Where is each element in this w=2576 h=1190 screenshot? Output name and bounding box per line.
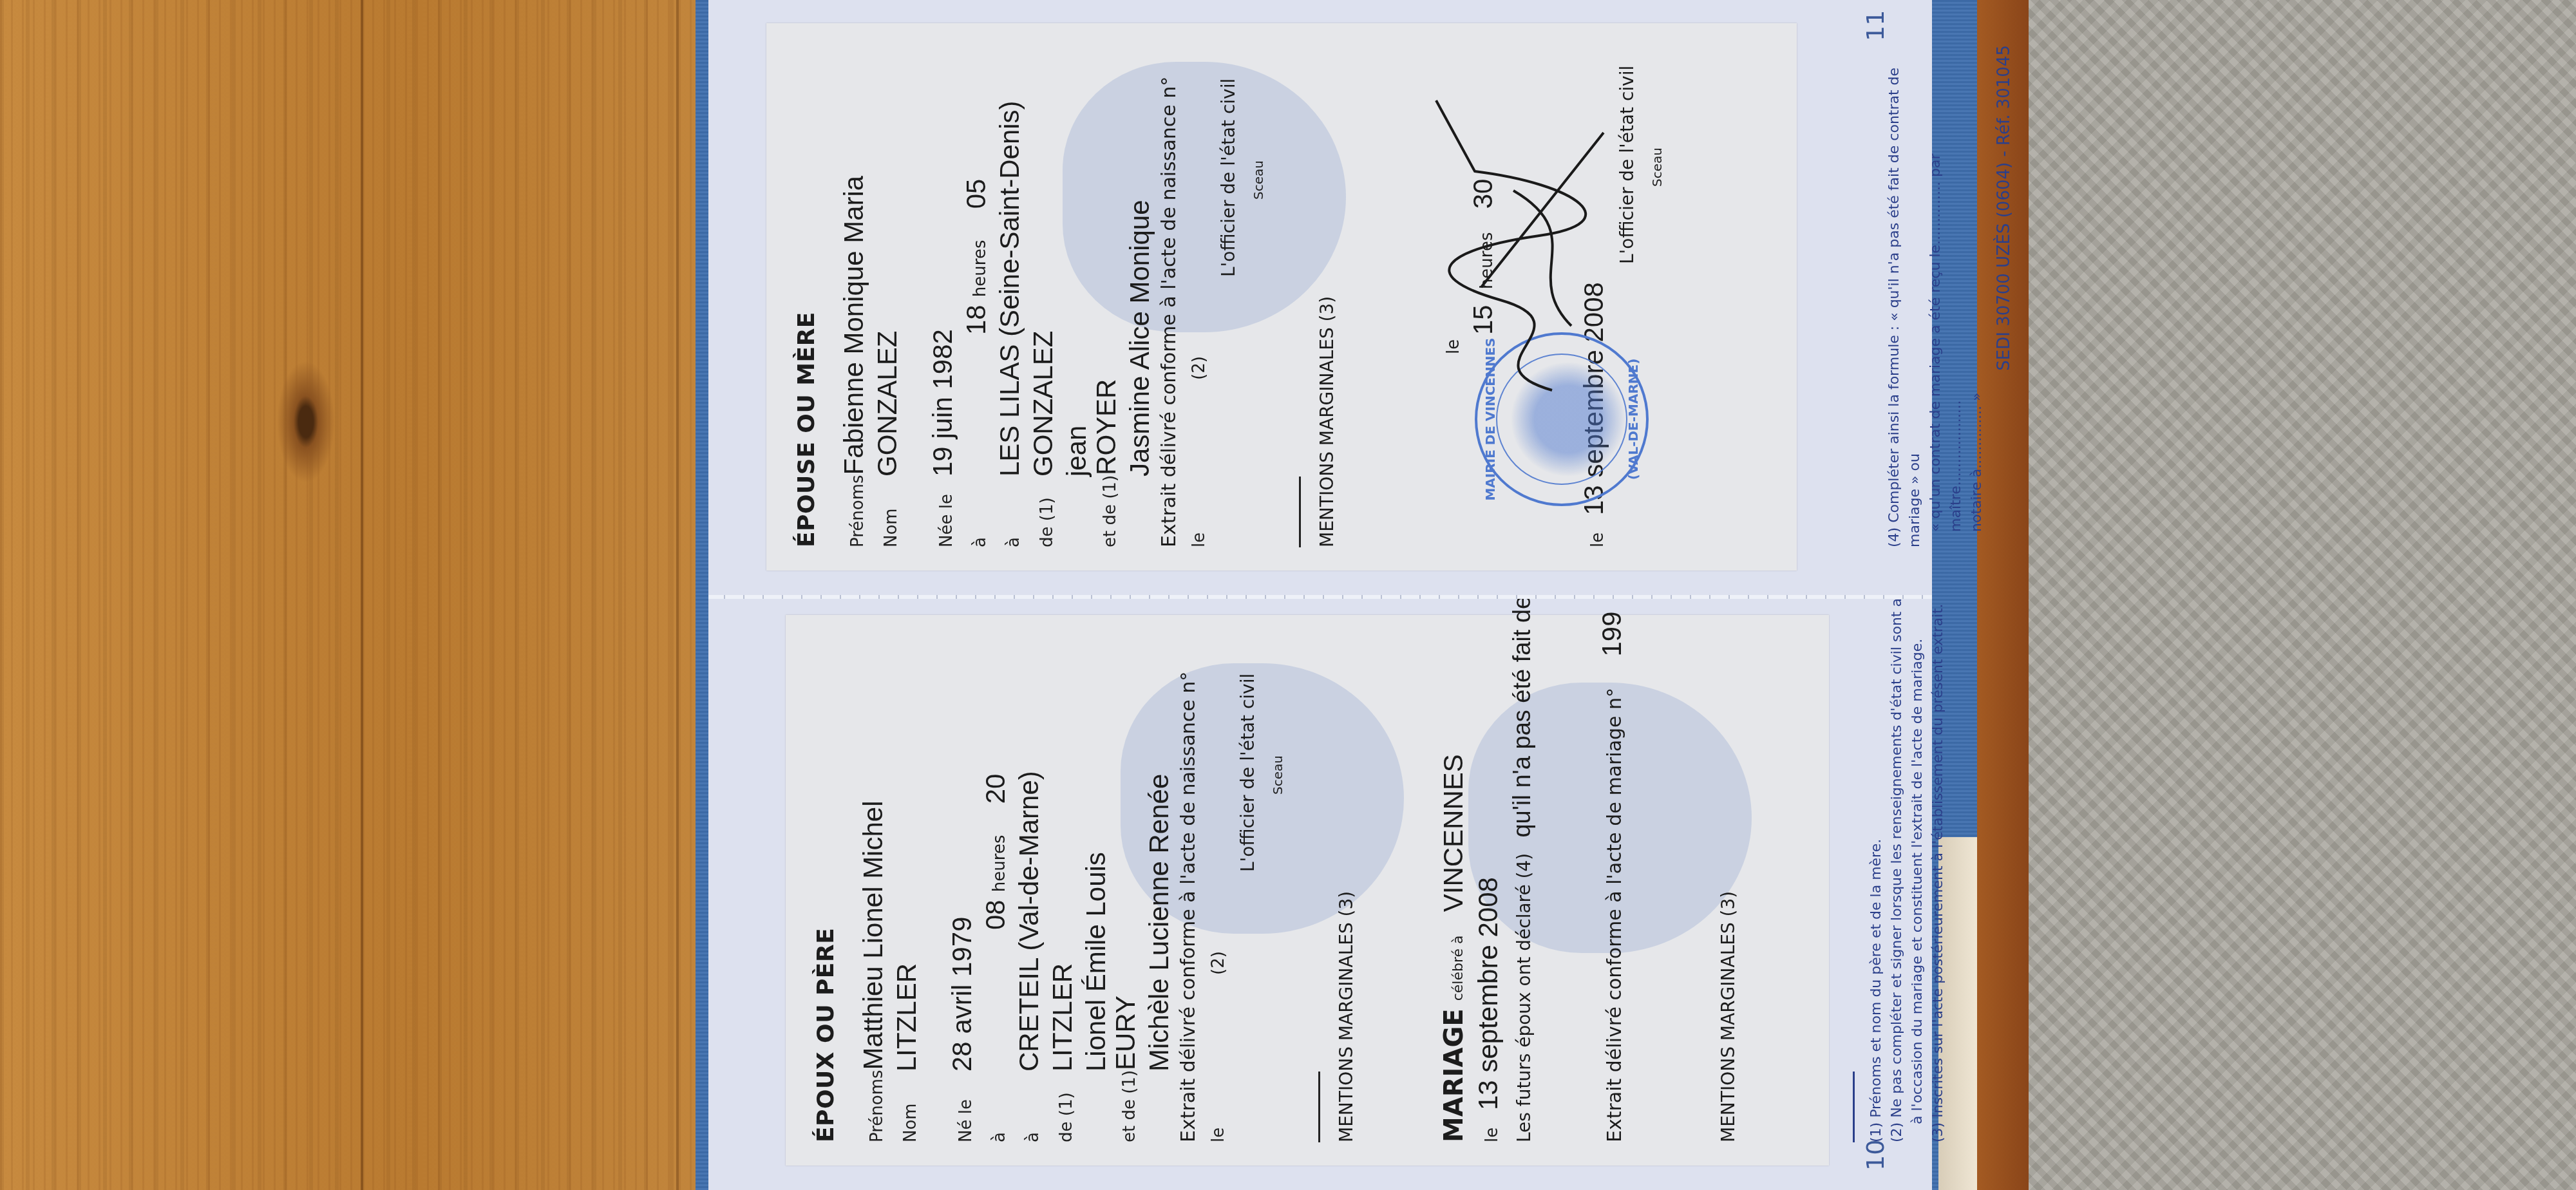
label: et de (1) [1095,475,1125,547]
extract-statement: Extrait délivré conforme à l'acte de nai… [1155,77,1184,547]
footnote-4b: « qu'un contrat de mariage a été reçu le… [1926,45,1967,547]
board-seam [676,0,679,1190]
extract-statement: Extrait délivré conforme à l'acte de nai… [1174,672,1204,1142]
father-name: LITZLER [1048,963,1077,1072]
extract-sheet-right: ÉPOUSE OU MÈRE PrénomsFabienne Monique M… [766,23,1797,571]
footnote-4c: notaire à.............. » [1967,45,1987,547]
page-number: 10 [1861,1140,1889,1171]
husband-first-names: Matthieu Lionel Michel [858,801,888,1070]
label: le [1184,477,1214,547]
wife-last-name: GONZALEZ [873,331,902,477]
signature-icon [1423,81,1616,403]
marginal-mentions: MENTIONS MARGINALES (3) [1332,891,1361,1142]
printer-reference: SEDI 30700 UZÈS (0604) - Réf. 301045 [1994,45,2014,547]
label: à [999,477,1028,547]
stamp-text: (VAL-DE-MARNE) [1625,359,1641,480]
label: heures [965,240,995,297]
spouse-wife-section: ÉPOUSE OU MÈRE PrénomsFabienne Monique M… [766,22,2041,571]
label: célébré à [1444,936,1473,1001]
family-booklet: ÉPOUX OU PÈRE PrénomsMatthieu Lionel Mic… [708,0,1932,1190]
marriage-city: VINCENNES [1439,754,1468,912]
marriage-heading: MARIAGE [1439,1008,1469,1142]
wife-birth-place: LES LILAS (Seine-Saint-Denis) [995,100,1025,477]
birth-minute: 05 [961,179,991,209]
label: Prénoms [843,475,873,547]
husband-birth-date: 28 avril 1979 [947,917,977,1072]
carpet [2009,0,2576,1190]
label: le [1477,1110,1507,1142]
husband-last-name: LITZLER [892,963,922,1072]
label: le [1204,1072,1233,1142]
mother-name: EURY [1111,996,1141,1070]
mother-first-names: Michèle Lucienne Renée [1144,774,1174,1072]
label: à [985,1072,1014,1142]
seal-label: Sceau [1263,755,1293,795]
footnote-4: (4) Compléter ainsi la formule : « qu'il… [1884,45,1926,547]
birth-minute: 20 [981,774,1010,804]
father-first-names: jean [1062,426,1092,477]
marginal-mentions: MENTIONS MARGINALES (3) [1312,296,1342,547]
divider [1299,477,1301,547]
label: de (1) [1032,477,1062,547]
page-number: 11 [1861,10,1889,41]
mother-first-names: Jasmine Alice Monique [1125,200,1155,477]
father-name: GONZALEZ [1028,331,1058,477]
seal-label: Sceau [1642,147,1672,187]
contract-declaration: Les futurs époux ont déclaré (4) [1510,853,1539,1142]
label: à [965,477,995,547]
extract-sheet-left: ÉPOUX OU PÈRE PrénomsMatthieu Lionel Mic… [786,615,1829,1166]
label: et de (1) [1115,1070,1144,1142]
officer-label: L'officier de l'état civil [1233,674,1263,872]
husband-birth-place: CRETEIL (Val-de-Marne) [1014,771,1044,1072]
officer-label: L'officier de l'état civil [1214,79,1244,277]
marriage-extract-statement: Extrait délivré conforme à l'acte de mar… [1600,688,1630,1142]
page-right: ÉPOUSE OU MÈRE PrénomsFabienne Monique M… [708,0,1932,595]
note-ref: (2) [1184,356,1214,380]
mother-name: ROYER [1092,379,1121,475]
officer-label: L'officier de l'état civil [1613,66,1642,264]
marriage-act-number: 199 [1597,611,1627,656]
label: à [1018,1072,1048,1142]
label: de (1) [1052,1072,1081,1142]
label: Prénoms [862,1070,892,1142]
birth-hour: 08 [981,900,1010,930]
divider [1853,1072,1855,1142]
label: Né le [951,1072,981,1142]
father-first-names: Lionel Émile Louis [1081,852,1111,1072]
wife-first-names: Fabienne Monique Maria [839,176,869,475]
section-heading: ÉPOUSE OU MÈRE [793,45,820,547]
page-left: ÉPOUX OU PÈRE PrénomsMatthieu Lionel Mic… [708,595,1932,1190]
label: Nom [896,1072,925,1142]
wood-knot [277,361,335,483]
birth-hour: 18 [961,305,991,335]
divider [1318,1072,1320,1142]
marginal-mentions: MENTIONS MARGINALES (3) [1714,891,1743,1142]
note-ref: (2) [1204,951,1233,975]
label: le [1583,515,1613,547]
marriage-date: 13 septembre 2008 [1473,877,1503,1110]
board-seam [361,0,363,1190]
label: heures [985,835,1014,892]
wife-birth-date: 19 juin 1982 [928,329,958,477]
seal-label: Sceau [1244,160,1273,200]
label: Nom [876,477,906,547]
label: Née le [932,477,961,547]
